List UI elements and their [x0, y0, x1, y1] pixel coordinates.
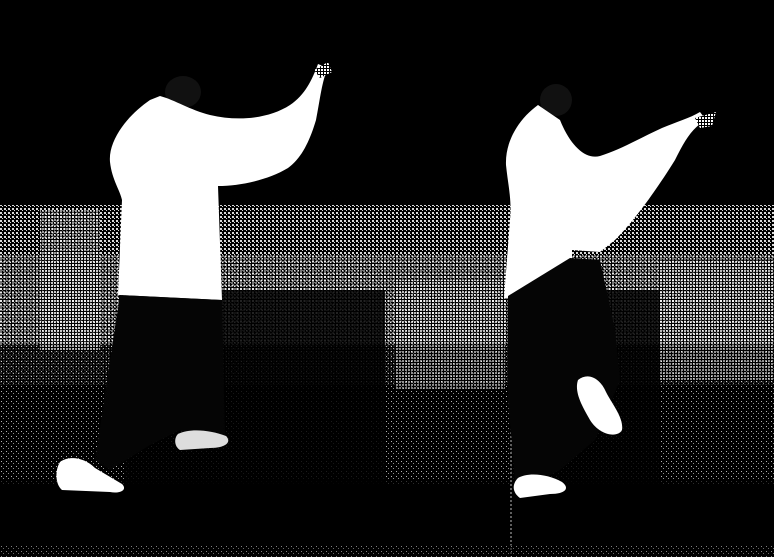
- photograph: [0, 0, 774, 557]
- bottom-grain: [0, 545, 774, 557]
